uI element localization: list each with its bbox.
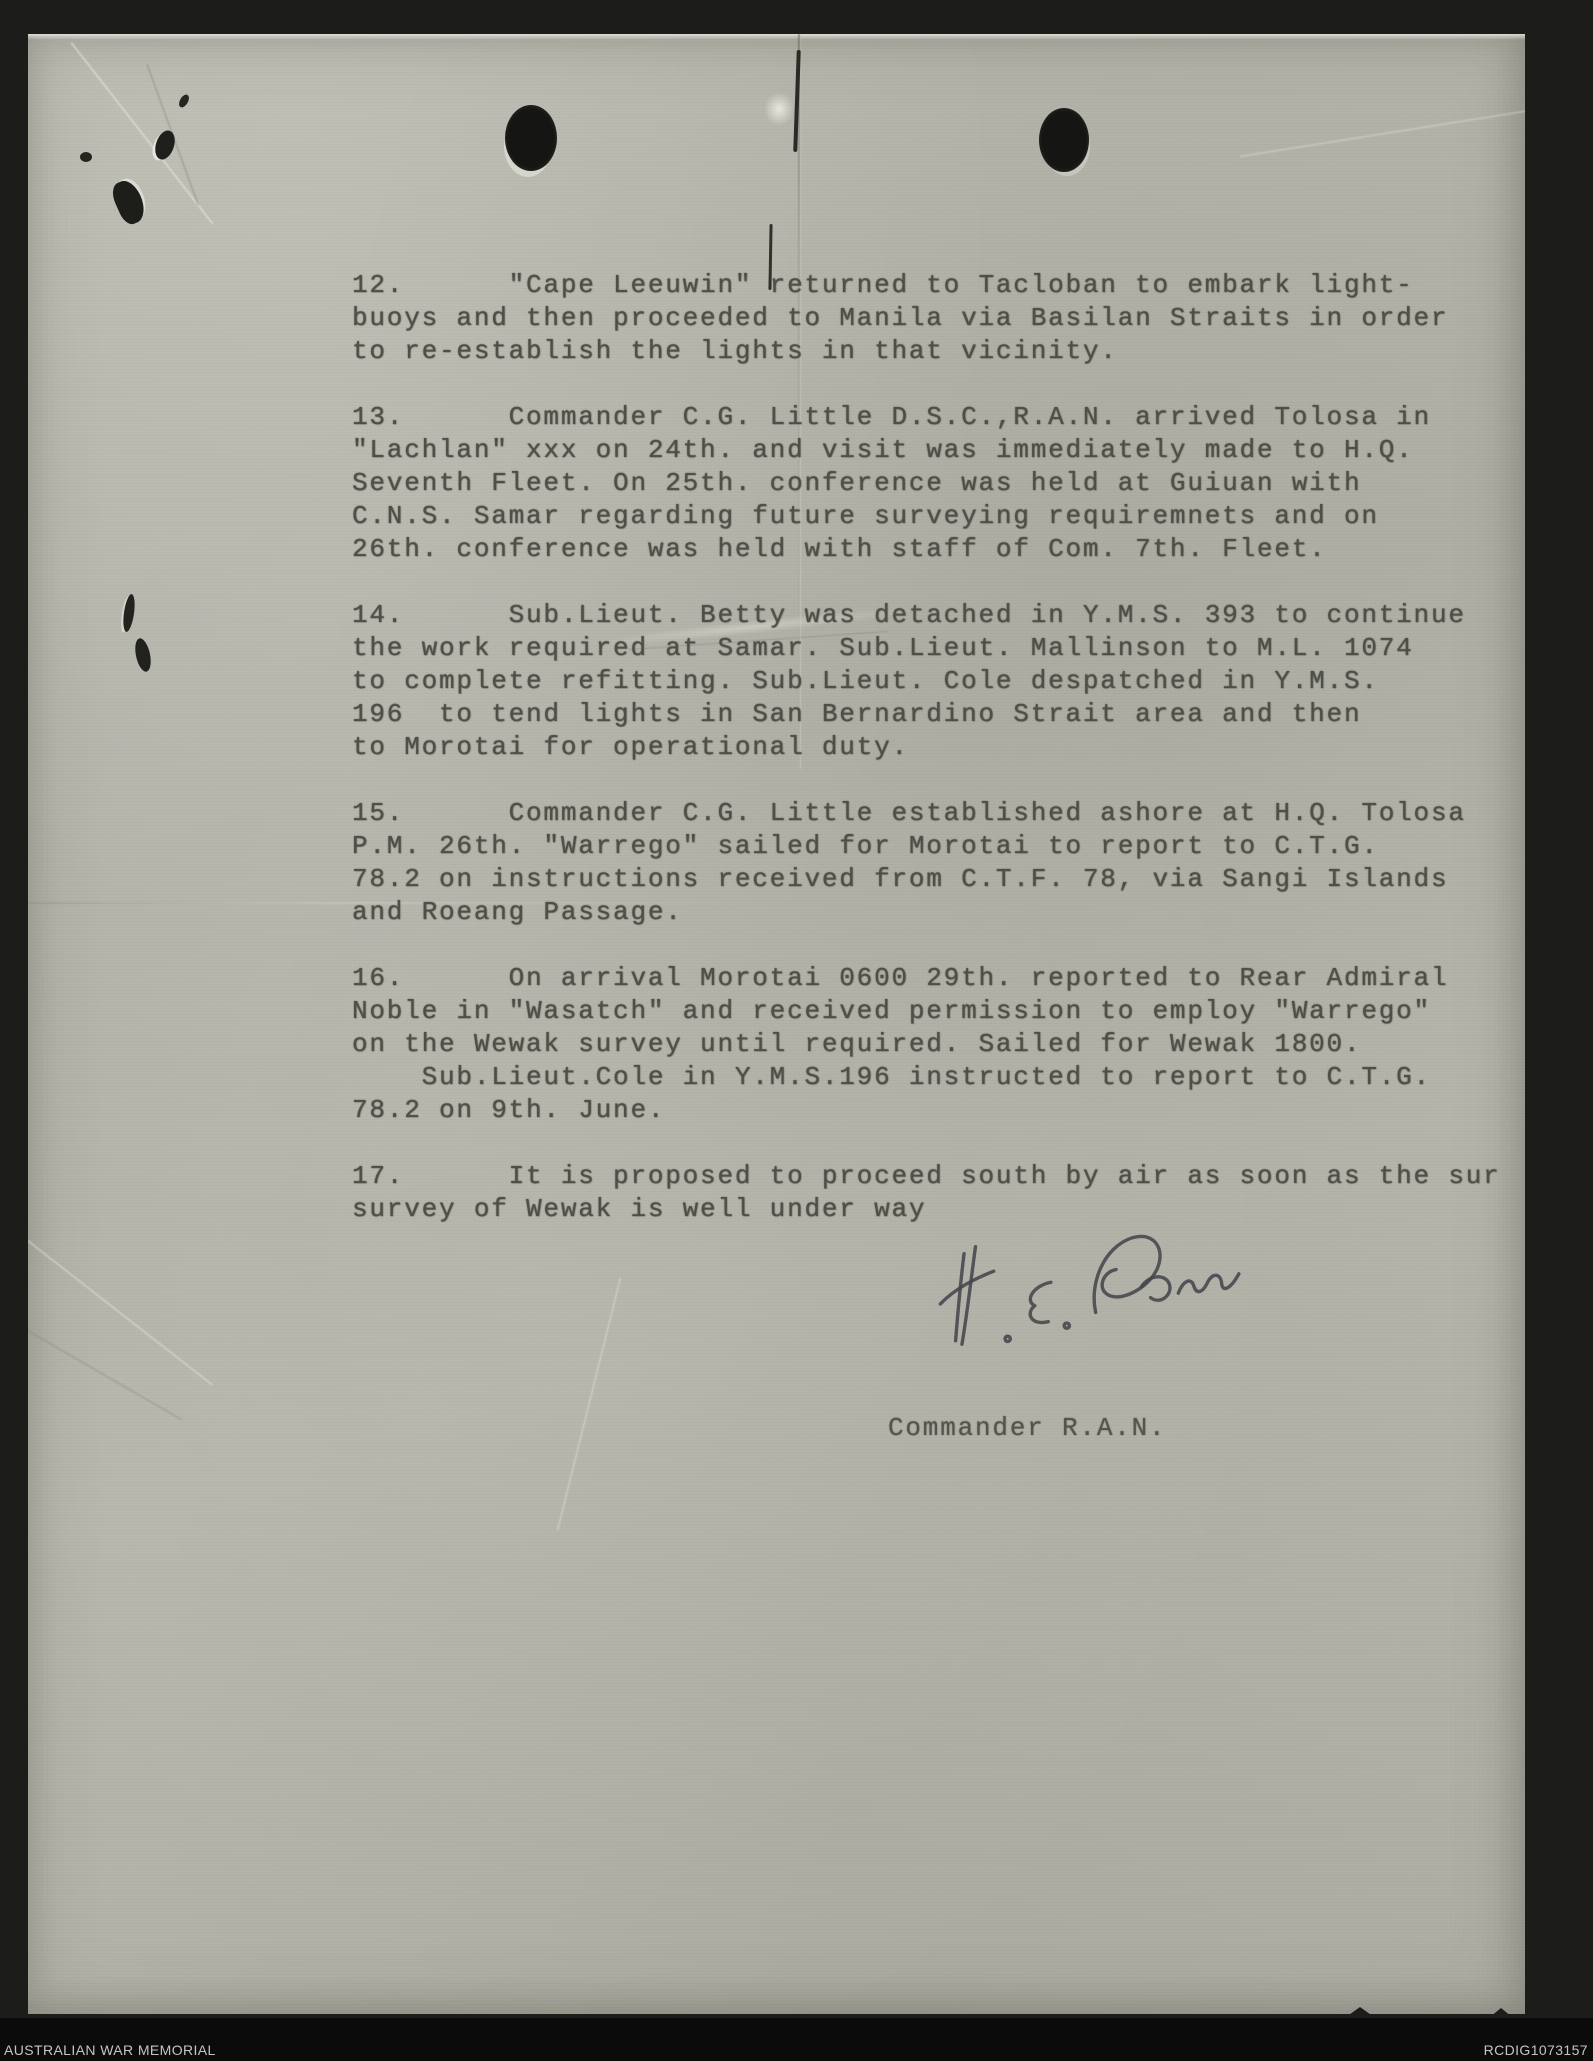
footer-right-label: RCDIG1073157 [1484, 2042, 1588, 2058]
typed-line: 13. Commander C.G. Little D.S.C.,R.A.N. … [352, 401, 1501, 434]
paper-sheet: 12. "Cape Leeuwin" returned to Tacloban … [28, 34, 1525, 2014]
tear-hole-d [177, 93, 191, 109]
typed-line: Sub.Lieut.Cole in Y.M.S.196 instructed t… [352, 1061, 1501, 1094]
typed-line: to complete refitting. Sub.Lieut. Cole d… [352, 665, 1501, 698]
typed-line: 78.2 on 9th. June. [352, 1094, 1501, 1127]
signature-handwritten [922, 1195, 1324, 1388]
typed-line: C.N.S. Samar regarding future surveying … [352, 500, 1501, 533]
tear-hole-c [108, 177, 150, 228]
typed-line: the work required at Samar. Sub.Lieut. M… [352, 632, 1501, 665]
typed-line: 26th. conference was held with staff of … [352, 533, 1501, 566]
typed-paragraph: 16. On arrival Morotai 0600 29th. report… [352, 962, 1501, 1127]
footer-bar: AUSTRALIAN WAR MEMORIAL RCDIG1073157 [0, 2018, 1593, 2061]
crease-top-left [70, 42, 213, 224]
bottom-edge-notch [1346, 2007, 1374, 2014]
signature-title: Commander R.A.N. [888, 1412, 1166, 1445]
typed-paragraph: 17. It is proposed to proceed south by a… [352, 1160, 1501, 1226]
typed-line: 16. On arrival Morotai 0600 29th. report… [352, 962, 1501, 995]
tear-hole-f [133, 637, 154, 673]
hole-punch-right [1039, 108, 1089, 172]
typed-line: Seventh Fleet. On 25th. conference was h… [352, 467, 1501, 500]
typed-line: and Roeang Passage. [352, 896, 1501, 929]
typed-paragraph: 15. Commander C.G. Little established as… [352, 797, 1501, 929]
crease-top-right [1240, 109, 1525, 158]
typed-paragraph: 13. Commander C.G. Little D.S.C.,R.A.N. … [352, 401, 1501, 566]
typed-line: buoys and then proceeded to Manila via B… [352, 302, 1501, 335]
tear-hole-b [80, 152, 92, 162]
typed-paragraph: 12. "Cape Leeuwin" returned to Tacloban … [352, 269, 1501, 368]
typed-line: to re-establish the lights in that vicin… [352, 335, 1501, 368]
hole-punch-left [505, 105, 557, 171]
crease-signature-area [557, 1278, 622, 1531]
typed-line: to Morotai for operational duty. [352, 731, 1501, 764]
typed-line: Noble in "Wasatch" and received permissi… [352, 995, 1501, 1028]
typed-line: 15. Commander C.G. Little established as… [352, 797, 1501, 830]
typed-paragraph: 14. Sub.Lieut. Betty was detached in Y.M… [352, 599, 1501, 764]
typed-line: 12. "Cape Leeuwin" returned to Tacloban … [352, 269, 1501, 302]
typed-line: 78.2 on instructions received from C.T.F… [352, 863, 1501, 896]
typed-line: 14. Sub.Lieut. Betty was detached in Y.M… [352, 599, 1501, 632]
crease-bottom-left-2 [28, 1324, 183, 1421]
typed-line: 17. It is proposed to proceed south by a… [352, 1160, 1501, 1193]
bottom-edge-notch-2 [1490, 2008, 1512, 2014]
tear-hole-e [121, 593, 136, 632]
typed-line: survey of Wewak is well under way [352, 1193, 1501, 1226]
tear-hole-a [152, 128, 178, 162]
footer-left-label: AUSTRALIAN WAR MEMORIAL [4, 2042, 216, 2058]
typed-text-block: 12. "Cape Leeuwin" returned to Tacloban … [352, 269, 1501, 1259]
tear-flap-highlight [764, 92, 794, 126]
typed-line: "Lachlan" xxx on 24th. and visit was imm… [352, 434, 1501, 467]
typed-line: 196 to tend lights in San Bernardino Str… [352, 698, 1501, 731]
crease-bottom-left [28, 1224, 213, 1386]
typed-line: P.M. 26th. "Warrego" sailed for Morotai … [352, 830, 1501, 863]
typed-line: on the Wewak survey until required. Sail… [352, 1028, 1501, 1061]
scan-background: 12. "Cape Leeuwin" returned to Tacloban … [0, 0, 1593, 2061]
